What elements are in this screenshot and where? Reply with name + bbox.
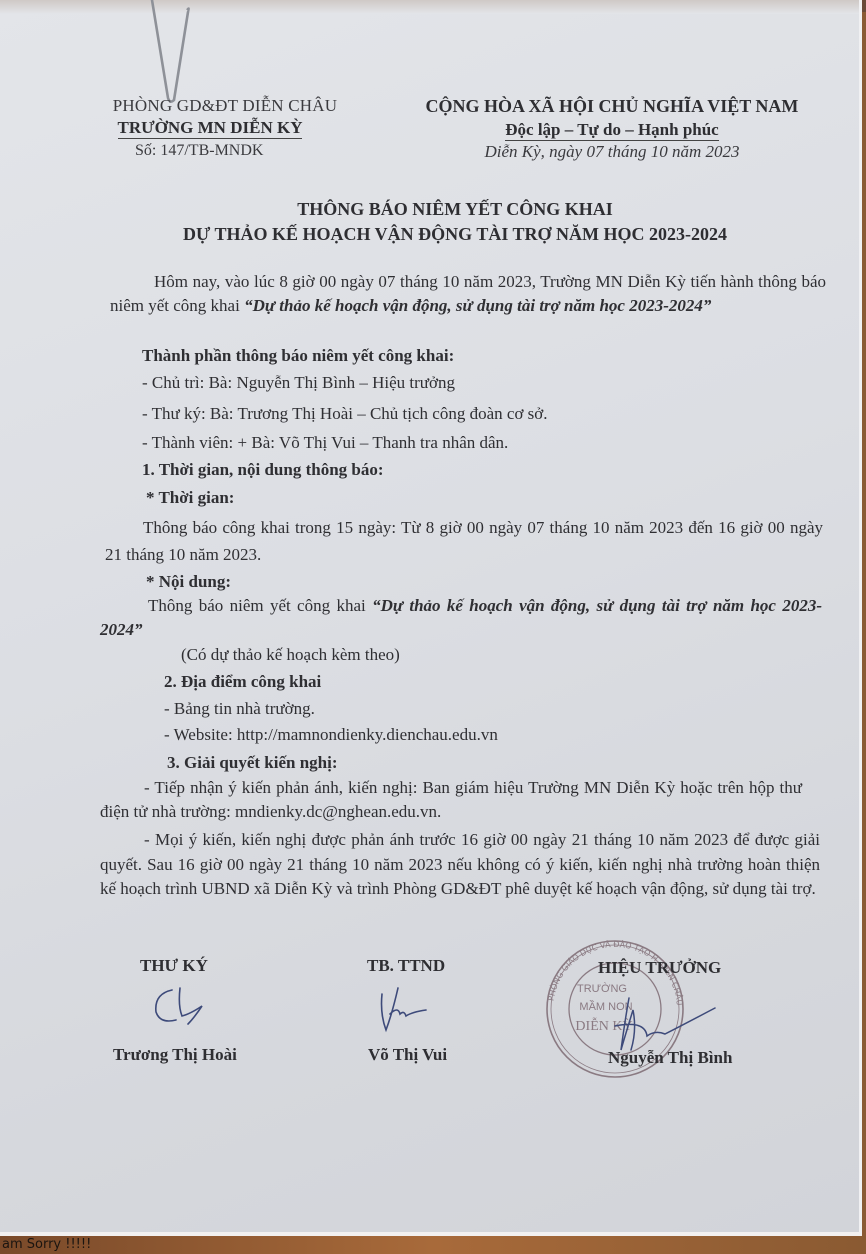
background-surface-bottom <box>0 1236 866 1254</box>
signature-role-inspector: TB. TTND <box>367 956 445 976</box>
member-item: - Chủ trì: Bà: Nguyễn Thị Bình – Hiệu tr… <box>142 371 455 395</box>
feedback-paragraph-1: - Tiếp nhận ý kiến phản ánh, kiến nghị: … <box>100 776 802 824</box>
place-date: Diễn Kỳ, ngày 07 tháng 10 năm 2023 <box>412 142 812 162</box>
signature-name-secretary: Trương Thị Hoài <box>113 1045 237 1065</box>
signature-name-inspector: Võ Thị Vui <box>368 1045 447 1065</box>
section1-heading: 1. Thời gian, nội dung thông báo: <box>142 458 384 482</box>
document-title-line2: DỰ THẢO KẾ HOẠCH VẬN ĐỘNG TÀI TRỢ NĂM HỌ… <box>130 224 780 245</box>
content-text: Thông báo niêm yết công khai <box>148 596 372 615</box>
document-number: Số: 147/TB-MNDK <box>135 142 263 160</box>
section2-heading: 2. Địa điểm công khai <box>164 670 321 694</box>
signature-role-secretary: THƯ KÝ <box>140 956 208 976</box>
time-label: * Thời gian: <box>146 486 234 510</box>
overlay-caption: am Sorry !!!!! <box>2 1236 91 1254</box>
time-text: Thông báo công khai trong 15 ngày: Từ 8 … <box>105 514 823 568</box>
school-name: TRƯỜNG MN DIỄN KỲ <box>105 118 315 138</box>
content-paragraph: Thông báo niêm yết công khai “Dự thảo kế… <box>100 594 822 641</box>
national-motto: Độc lập – Tự do – Hạnh phúc <box>412 120 812 140</box>
member-item: - Thư ký: Bà: Trương Thị Hoài – Chủ tịch… <box>142 402 548 426</box>
signature-inspector <box>370 984 440 1034</box>
intro-emphasis: “Dự thảo kế hoạch vận động, sử dụng tài … <box>244 296 711 315</box>
attachment-note: (Có dự thảo kế hoạch kèm theo) <box>181 643 400 667</box>
intro-paragraph: Hôm nay, vào lúc 8 giờ 00 ngày 07 tháng … <box>110 270 826 317</box>
signature-secretary <box>150 984 220 1030</box>
location-item: - Bảng tin nhà trường. <box>164 697 315 721</box>
content-label: * Nội dung: <box>146 570 231 594</box>
paper-sheet: PHÒNG GD&ĐT DIỄN CHÂU TRƯỜNG MN DIỄN KỲ … <box>0 0 862 1236</box>
feedback-paragraph-2: - Mọi ý kiến, kiến nghị được phản ánh tr… <box>100 828 820 902</box>
location-item: - Website: http://mamnondienky.dienchau.… <box>164 723 498 747</box>
document-title-line1: THÔNG BÁO NIÊM YẾT CÔNG KHAI <box>130 199 780 220</box>
school-name-text: TRƯỜNG MN DIỄN KỲ <box>118 118 303 139</box>
nation-title: CỘNG HÒA XÃ HỘI CHỦ NGHĨA VIỆT NAM <box>412 96 812 117</box>
paperclip-icon <box>148 0 198 105</box>
member-item: - Thành viên: + Bà: Võ Thị Vui – Thanh t… <box>142 431 508 455</box>
national-motto-text: Độc lập – Tự do – Hạnh phúc <box>505 120 718 141</box>
members-heading: Thành phần thông báo niêm yết công khai: <box>142 344 454 368</box>
section3-heading: 3. Giải quyết kiến nghị: <box>167 751 338 775</box>
department-name: PHÒNG GD&ĐT DIỄN CHÂU <box>105 96 345 116</box>
signature-role-principal: HIỆU TRƯỞNG <box>598 958 721 978</box>
signature-name-principal: Nguyễn Thị Bình <box>608 1048 732 1068</box>
